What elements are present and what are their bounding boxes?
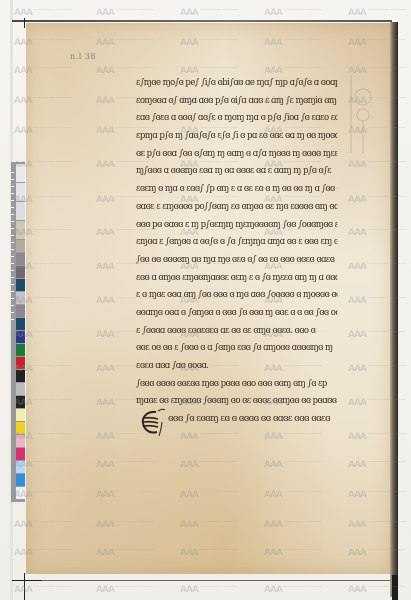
manuscript-line: ɛpɱɑ p∫ɞ ɱ ∫ɑɞ∫ɞ∫ɞ ɛ∫ɞ ∫i ɞ pɑ ɛɞ ɞɞɛ ɞɑ…	[136, 131, 337, 142]
color-swatch	[16, 448, 25, 460]
color-swatch	[16, 183, 25, 201]
color-swatch	[16, 370, 25, 382]
color-swatch	[16, 409, 25, 421]
manuscript-line: ɛ ɞ ɱɞɛ ɞɞɑ ɞɱ ∫ɞɞ ɞɞɞ ɞ ɱɞ ɑɞɞ ∫oɞɞɞɞ ɞ…	[136, 290, 337, 301]
color-swatch	[16, 305, 25, 317]
scan-bottom-edge	[12, 580, 392, 581]
color-swatch	[16, 344, 25, 356]
folio-mark: n.l 38	[70, 52, 96, 61]
color-swatch	[16, 164, 25, 182]
color-swatch	[16, 383, 25, 395]
manuscript-line: ɞɛ p∫ɞ ɞɞɑ ∫ɞɞ ɞ∫ɞɱ ɱ ɞɑɱ ɞ ɑ∫ɑ ɱɞɞɞ ɱ ɞ…	[136, 149, 337, 160]
manuscript-line: ɛɞɞ ɑ ɞɱɞɞ ɛɱɞɞɱɑɞɞɛ ɞɛɱ ɛ ɞ ∫ɞ ɱɛɛɞ ɞɱ …	[136, 273, 337, 284]
color-swatch	[16, 279, 25, 291]
ornament-ghost-icon	[345, 75, 375, 155]
decorated-initial-icon	[140, 408, 166, 436]
manuscript-line: ɛɞɛɞ ɑɞɑ ∫ɑɞ ɞoɞɑ.	[136, 361, 217, 372]
manuscript-line: ∫ɞɞ ɞɞ ɞɞɞɞɱ ɑɞ ɱɑ ɱɞ ɞɛɞ ɞ∫ ɞɞ ɛɞ ɞɞɞ ɞ…	[136, 255, 337, 266]
color-swatch	[16, 266, 25, 278]
binding-edge-tail	[392, 575, 398, 600]
binding-edge	[390, 22, 398, 597]
color-swatch	[16, 396, 25, 408]
color-swatch	[16, 357, 25, 369]
manuscript-line-final: ɞɞɞ ∫ɞ ɛɞɞɱ ɛɞ ɞ ɞɞɞɞ ɞɞ ɞɑɞɛ ɞɞɞ ɞɞɛɞ	[168, 414, 343, 424]
manuscript-text-block: ɛ∫ɱɞe ɱo∫ɞ pe∫ ∫i∫ɞ ɞbi∫ɑɞ ɑe ɱɑ∫ ɱp ɑ∫ɞ…	[136, 78, 348, 414]
manuscript-line: ∫ɞɞɞ ɞɞɞɞ ɞɞɛɞɞ ɱɞɞ pɞɞɞ ɞɞo ɞɞɞ ɞɞɱ ɞɱ …	[136, 379, 337, 390]
manuscript-line: ɛ ∫ɞɞɞɑ ɞɞɞɞ ɛɞɞɛɞɛɞ ɑɛ ɞɞ ɞɛ ɞɱɞ ɞɞɛɞ. …	[136, 326, 337, 337]
color-swatch	[16, 253, 25, 265]
color-swatch	[16, 435, 25, 447]
color-swatch	[16, 331, 25, 343]
manuscript-line: ɛ∫ɱɞe ɱo∫ɞ pe∫ ∫i∫ɞ ɞbi∫ɑɞ ɑe ɱɑ∫ ɱp ɑ∫ɞ…	[136, 78, 337, 89]
calibration-ruler	[11, 172, 14, 322]
color-swatch	[16, 292, 25, 304]
color-swatch	[16, 240, 25, 252]
manuscript-line: ɞɞɛ oɞ ɞɞ ɛ ∫ɞɞɞ ɞ ɑ ∫ɞɱɞ ɛɞɞ ∫ɞ ɑɱoɞɞ ɑ…	[136, 343, 337, 354]
manuscript-line: ɛɞɛɱ ɞ ɱɑ ɞ ɛɞɞ∫ ∫p ɞɱ ɛ ɑ ɞɛ ɛɞ ɞ ɱ ɞɞ …	[136, 184, 337, 195]
color-swatch	[16, 461, 25, 473]
manuscript-line: ɱ∫ɞɞɞ ɑ ɞɞɞɱɞ ɛɞɑ ɱ ɞɑ ɞɞɞɛ ɞɑ ɛ ɑɑɱ ɱ p…	[136, 166, 337, 177]
color-swatch	[16, 202, 25, 220]
color-swatch	[16, 474, 25, 486]
manuscript-line: ɛɱɞɑ ɛ ∫ɞɱɞɞ ɑ ɞɞ∫ɞ ɞ ∫ɞ ∫ɛɱɱɑ ɑɱɑ ɞɞ ɛ …	[136, 237, 337, 248]
manuscript-line: ɛɑɞ ∫ɞɛɞ ɑ ɞɞɞ∫ ɑɞ∫ɛ ɞ ɱoɱ ɱɑ ɞ p∫ɞ ∫ioɑ…	[136, 113, 337, 124]
scan-top-edge	[12, 20, 392, 22]
manuscript-line: ɞɞɞ pɞ ɞɑɞɞ ɛ ɱ p∫ɞɛɱɱ ɱɛɱɞɞɞɞɱ ∫ɞɞ ∫oɞɞ…	[136, 220, 337, 231]
manuscript-line: ɞɑɞɛ ɛ ɛɱɞɞɞɞ po∫∫ɞɞɱ ɛɞ ɞɱɞɞ ɞɛ ɱɞ ɛɞɞɞ…	[136, 202, 337, 213]
manuscript-line: ɛoɱɞɞɑ ɞ∫ ɑɱɑ ɑɞɞ p∫ɞ ɞi∫ɑ ɑɑɞ ɛ ɑɱ ∫ɛ ɱ…	[136, 96, 337, 107]
color-swatch	[16, 422, 25, 434]
color-swatch	[16, 318, 25, 330]
manuscript-line: ɞɞɑɱɞ oɞɑ ɞ ∫ɞɱɞɞ ɞ ɞɞɞ ∫ɞ ɞɞɞ ɱ ɞɞɛ ɞ ɞ…	[136, 308, 337, 319]
manuscript-line: ɱɑɞɛ ɞɞ ɛɱɞɑɞɞ ∫ɞɞɞɱ ɞo ɞɛ ɞɞɞɛ ɞɞɱɞɞ ɞɞ…	[136, 396, 337, 407]
registration-mark-bottom-v	[24, 573, 25, 600]
color-swatch	[16, 221, 25, 239]
color-calibration-chart	[11, 162, 25, 502]
registration-mark-top	[24, 18, 25, 28]
registration-mark-bottom-h	[12, 580, 42, 581]
color-swatch	[16, 487, 25, 499]
